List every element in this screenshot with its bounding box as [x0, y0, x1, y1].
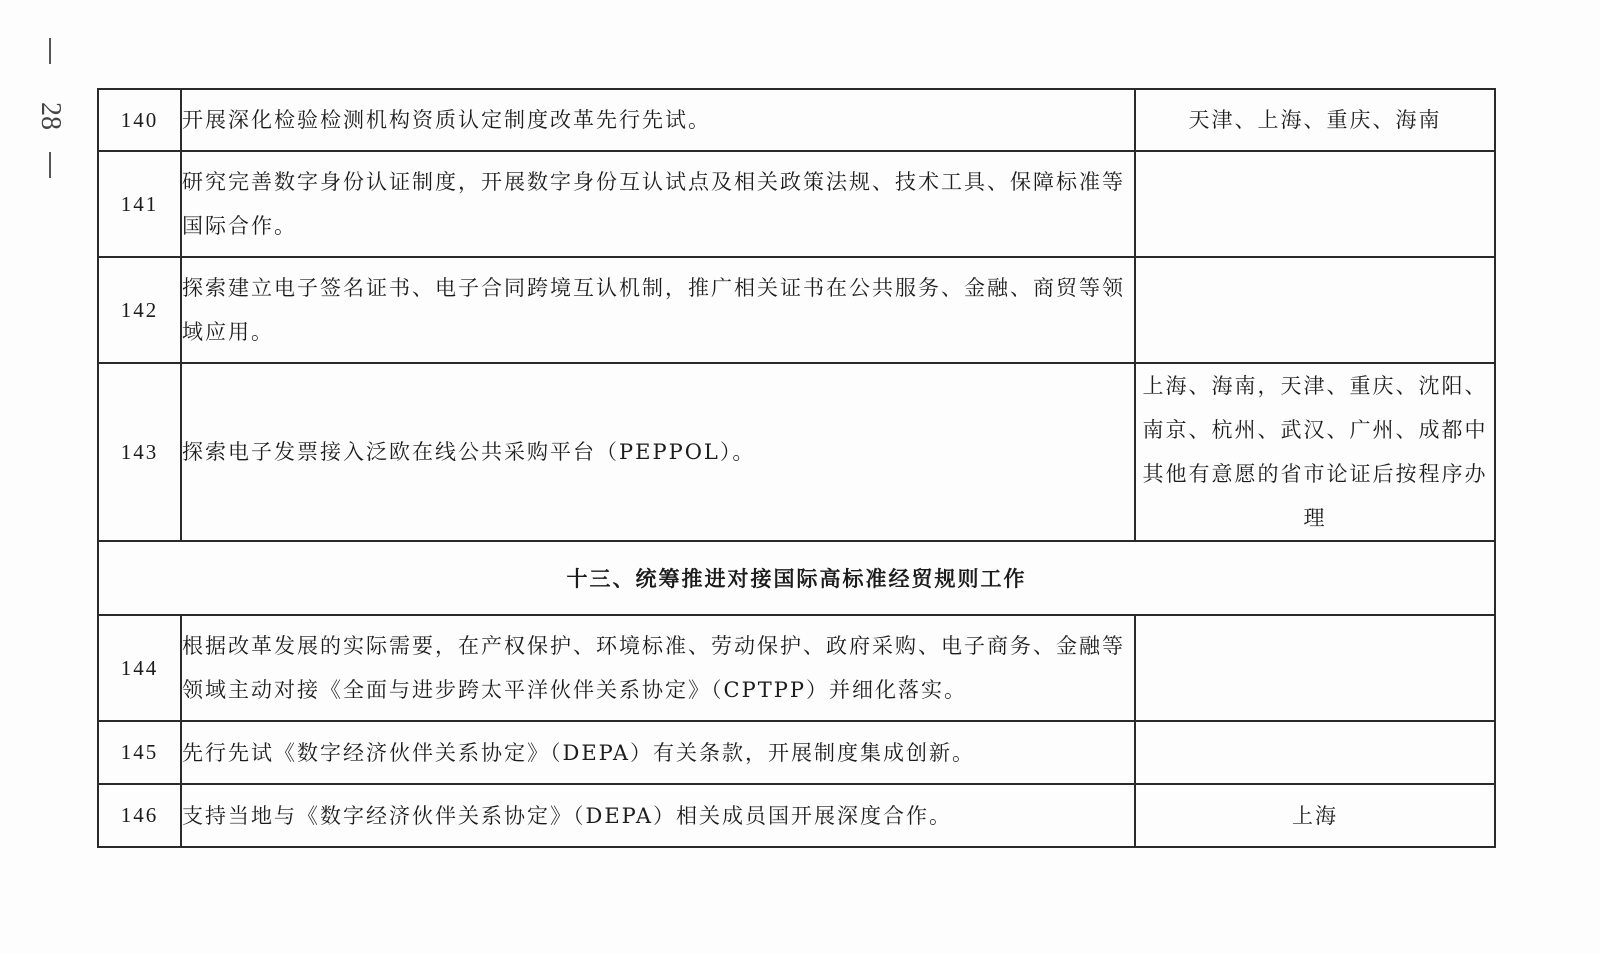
row-number: 145 [98, 721, 181, 784]
row-number: 143 [98, 363, 181, 541]
row-number: 146 [98, 784, 181, 847]
pilot-regions [1135, 257, 1495, 363]
measure-text: 根据改革发展的实际需要，在产权保护、环境标准、劳动保护、政府采购、电子商务、金融… [181, 615, 1135, 721]
pilot-regions: 上海、海南，天津、重庆、沈阳、南京、杭州、武汉、广州、成都中其他有意愿的省市论证… [1135, 363, 1495, 541]
measure-text: 研究完善数字身份认证制度，开展数字身份互认试点及相关政策法规、技术工具、保障标准… [181, 151, 1135, 257]
table-row: 145 先行先试《数字经济伙伴关系协定》（DEPA）有关条款，开展制度集成创新。 [98, 721, 1495, 784]
table-row: 146 支持当地与《数字经济伙伴关系协定》（DEPA）相关成员国开展深度合作。 … [98, 784, 1495, 847]
pilot-regions: 天津、上海、重庆、海南 [1135, 89, 1495, 151]
page-number-dash-top [49, 38, 51, 64]
measures-table: 140 开展深化检验检测机构资质认定制度改革先行先试。 天津、上海、重庆、海南 … [97, 88, 1496, 848]
page-number: 28 [30, 96, 70, 136]
table-row: 141 研究完善数字身份认证制度，开展数字身份互认试点及相关政策法规、技术工具、… [98, 151, 1495, 257]
row-number: 140 [98, 89, 181, 151]
page-number-marker: 28 [30, 38, 70, 183]
measure-text: 开展深化检验检测机构资质认定制度改革先行先试。 [181, 89, 1135, 151]
row-number: 142 [98, 257, 181, 363]
pilot-regions [1135, 721, 1495, 784]
measure-text: 支持当地与《数字经济伙伴关系协定》（DEPA）相关成员国开展深度合作。 [181, 784, 1135, 847]
pilot-regions [1135, 615, 1495, 721]
table-row: 140 开展深化检验检测机构资质认定制度改革先行先试。 天津、上海、重庆、海南 [98, 89, 1495, 151]
measure-text: 先行先试《数字经济伙伴关系协定》（DEPA）有关条款，开展制度集成创新。 [181, 721, 1135, 784]
measure-text: 探索电子发票接入泛欧在线公共采购平台（PEPPOL）。 [181, 363, 1135, 541]
pilot-regions: 上海 [1135, 784, 1495, 847]
pilot-regions [1135, 151, 1495, 257]
section-title: 十三、统筹推进对接国际高标准经贸规则工作 [98, 541, 1495, 615]
section-header-row: 十三、统筹推进对接国际高标准经贸规则工作 [98, 541, 1495, 615]
page-number-dash-bottom [49, 152, 51, 178]
row-number: 141 [98, 151, 181, 257]
measure-text: 探索建立电子签名证书、电子合同跨境互认机制，推广相关证书在公共服务、金融、商贸等… [181, 257, 1135, 363]
table-row: 144 根据改革发展的实际需要，在产权保护、环境标准、劳动保护、政府采购、电子商… [98, 615, 1495, 721]
table-row: 143 探索电子发票接入泛欧在线公共采购平台（PEPPOL）。 上海、海南，天津… [98, 363, 1495, 541]
table-row: 142 探索建立电子签名证书、电子合同跨境互认机制，推广相关证书在公共服务、金融… [98, 257, 1495, 363]
row-number: 144 [98, 615, 181, 721]
